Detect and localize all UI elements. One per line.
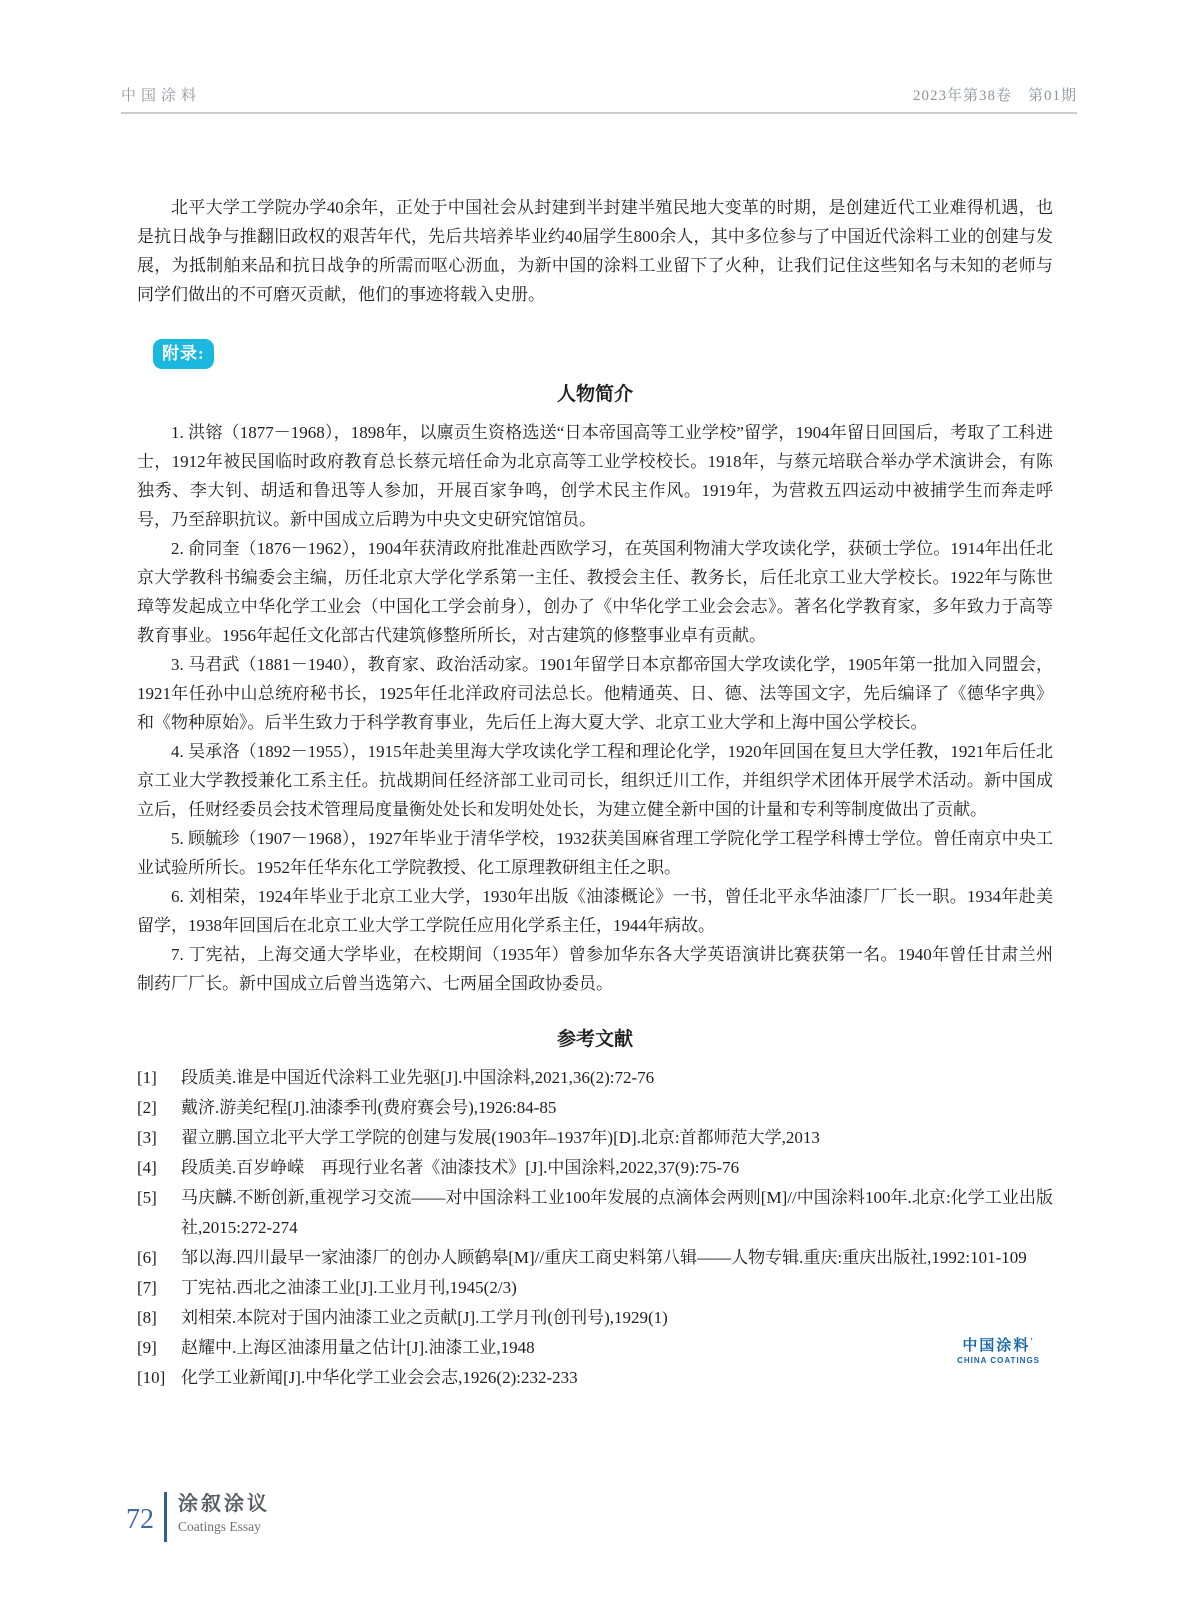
reference-number: [5] — [137, 1183, 181, 1213]
reference-item: [9]赵耀中.上海区油漆用量之估计[J].油漆工业,1948 — [137, 1333, 1053, 1363]
reference-number: [1] — [137, 1063, 181, 1093]
bio-item: 6. 刘相荣，1924年毕业于北京工业大学，1930年出版《油漆概论》一书，曾任… — [137, 882, 1053, 940]
reference-text: 戴济.游美纪程[J].油漆季刊(费府赛会号),1926:84-85 — [181, 1098, 556, 1117]
bio-item: 1. 洪镕（1877－1968），1898年，以廪贡生资格选送“日本帝国高等工业… — [137, 418, 1053, 534]
reference-item: [2]戴济.游美纪程[J].油漆季刊(费府赛会号),1926:84-85 — [137, 1093, 1053, 1123]
footer-divider — [164, 1492, 167, 1542]
bio-item: 5. 顾毓珍（1907－1968），1927年毕业于清华学校，1932获美国麻省… — [137, 824, 1053, 882]
column-label: 涂叙涂议 Coatings Essay — [178, 1492, 270, 1542]
appendix-badge-row: 附录: — [137, 339, 1053, 369]
bio-item: 4. 吴承洛（1892－1955），1915年赴美里海大学攻读化学工程和理论化学… — [137, 737, 1053, 824]
bio-item: 3. 马君武（1881－1940），教育家、政治活动家。1901年留学日本京都帝… — [137, 650, 1053, 737]
bio-item: 7. 丁宪祜，上海交通大学毕业，在校期间（1935年）曾参加华东各大学英语演讲比… — [137, 940, 1053, 998]
appendix-badge: 附录: — [153, 339, 214, 369]
bio-item: 2. 俞同奎（1876－1962），1904年获清政府批准赴西欧学习，在英国利物… — [137, 534, 1053, 650]
reference-text: 丁宪祜.西北之油漆工业[J].工业月刊,1945(2/3) — [181, 1278, 517, 1297]
reference-number: [10] — [137, 1363, 181, 1393]
brand-logo-name: 中国涂料’ — [957, 1338, 1040, 1355]
reference-number: [8] — [137, 1303, 181, 1333]
page-number: 72 — [126, 1504, 154, 1536]
reference-number: [7] — [137, 1273, 181, 1303]
biographies-section-title: 人物简介 — [137, 379, 1053, 406]
journal-name: 中国涂料 — [121, 84, 201, 105]
reference-item: [4]段质美.百岁峥嵘 再现行业名著《油漆技术》[J].中国涂料,2022,37… — [137, 1153, 1053, 1183]
reference-item: [10]化学工业新闻[J].中华化学工业会会志,1926(2):232-233 — [137, 1363, 1053, 1393]
reference-item: [7]丁宪祜.西北之油漆工业[J].工业月刊,1945(2/3) — [137, 1273, 1053, 1303]
column-name-en: Coatings Essay — [178, 1519, 270, 1535]
trademark-icon: ’ — [1030, 1337, 1034, 1346]
reference-number: [4] — [137, 1153, 181, 1183]
reference-number: [2] — [137, 1093, 181, 1123]
reference-text: 刘相荣.本院对于国内油漆工业之贡献[J].工学月刊(创刊号),1929(1) — [181, 1308, 668, 1327]
reference-item: [3]翟立鹏.国立北平大学工学院的创建与发展(1903年–1937年)[D].北… — [137, 1123, 1053, 1153]
reference-text: 段质美.百岁峥嵘 再现行业名著《油漆技术》[J].中国涂料,2022,37(9)… — [181, 1158, 739, 1177]
brand-logo: 中国涂料’ CHINA COATINGS — [957, 1338, 1040, 1365]
reference-number: [3] — [137, 1123, 181, 1153]
reference-text: 翟立鹏.国立北平大学工学院的创建与发展(1903年–1937年)[D].北京:首… — [181, 1128, 820, 1147]
main-content: 北平大学工学院办学40余年，正处于中国社会从封建到半封建半殖民地大变革的时期，是… — [0, 0, 1187, 1393]
column-name: 涂叙涂议 — [178, 1492, 270, 1516]
reference-text: 邹以海.四川最早一家油漆厂的创办人顾鹤皋[M]//重庆工商史料第八辑——人物专辑… — [181, 1248, 1027, 1267]
reference-item: [6]邹以海.四川最早一家油漆厂的创办人顾鹤皋[M]//重庆工商史料第八辑——人… — [137, 1243, 1053, 1273]
reference-text: 马庆麟.不断创新,重视学习交流——对中国涂料工业100年发展的点滴体会两则[M]… — [181, 1188, 1053, 1237]
reference-text: 化学工业新闻[J].中华化学工业会会志,1926(2):232-233 — [181, 1368, 578, 1387]
issue-info: 2023年第38卷 第01期 — [913, 84, 1077, 105]
reference-item: [1]段质美.谁是中国近代涂料工业先驱[J].中国涂料,2021,36(2):7… — [137, 1063, 1053, 1093]
page-footer: 72 涂叙涂议 Coatings Essay — [126, 1492, 270, 1542]
brand-logo-text: 中国涂料 — [962, 1337, 1030, 1354]
journal-page: 中国涂料 2023年第38卷 第01期 北平大学工学院办学40余年，正处于中国社… — [0, 0, 1187, 1600]
reference-text: 段质美.谁是中国近代涂料工业先驱[J].中国涂料,2021,36(2):72-7… — [181, 1068, 654, 1087]
reference-number: [9] — [137, 1333, 181, 1363]
reference-text: 赵耀中.上海区油漆用量之估计[J].油漆工业,1948 — [181, 1338, 535, 1357]
reference-number: [6] — [137, 1243, 181, 1273]
page-header: 中国涂料 2023年第38卷 第01期 — [121, 84, 1077, 114]
references-section-title: 参考文献 — [137, 1024, 1053, 1051]
reference-item: [8]刘相荣.本院对于国内油漆工业之贡献[J].工学月刊(创刊号),1929(1… — [137, 1303, 1053, 1333]
brand-logo-subtitle: CHINA COATINGS — [957, 1356, 1040, 1365]
reference-item: [5]马庆麟.不断创新,重视学习交流——对中国涂料工业100年发展的点滴体会两则… — [137, 1183, 1053, 1243]
intro-paragraph: 北平大学工学院办学40余年，正处于中国社会从封建到半封建半殖民地大变革的时期，是… — [137, 193, 1053, 309]
